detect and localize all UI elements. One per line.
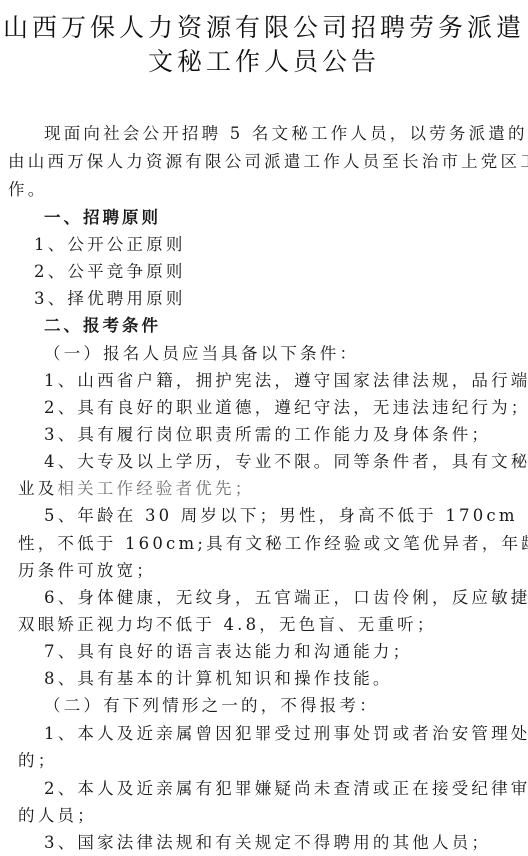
sub2-item-3: 3、国家法律法规和有关规定不得聘用的其他人员； xyxy=(44,829,491,853)
section1-item-1: 1、公开公正原则 xyxy=(34,231,186,255)
sub1-item-8: 8、具有基本的计算机知识和操作技能。 xyxy=(44,665,393,689)
sub1-item-3: 3、具有履行岗位职责所需的工作能力及身体条件； xyxy=(44,421,491,445)
sub1-item-6-line-2: 双眼矫正视力均不低于 4.8，无色盲、无重听； xyxy=(18,611,437,635)
sub1-item-6-line-1: 6、身体健康，无纹身，五官端正，口齿伶俐，反应敏捷， xyxy=(44,584,528,608)
intro-line-3: 作。 xyxy=(8,176,47,200)
sub1-item-4-line-1: 4、大专及以上学历，专业不限。同等条件者，具有文秘专 xyxy=(44,448,528,472)
intro-line-2: 由山西万保人力资源有限公司派遣工作人员至长治市上党区工 xyxy=(8,148,528,172)
sub2-heading: （二）有下列情形之一的，不得报考： xyxy=(44,692,379,716)
sub1-item-5-line-2: 性，不低于 160cm;具有文秘工作经验或文笔优异者，年龄和学 xyxy=(18,530,528,554)
sub1-item-5-line-1: 5、年龄在 30 周岁以下；男性，身高不低于 170cm 以上；女 xyxy=(44,502,528,526)
sub1-item-5-line-3: 历条件可放宽； xyxy=(18,557,156,581)
sub1-heading: （一）报名人员应当具备以下条件： xyxy=(44,340,359,364)
sub2-item-1-line-1: 1、本人及近亲属曾因犯罪受过刑事处罚或者治安管理处罚 xyxy=(44,720,528,744)
sub1-item-4-line-2-muted: 相关工作经验者优先； xyxy=(57,479,254,498)
section1-heading: 一、招聘原则 xyxy=(44,204,161,228)
intro-line-1: 现面向社会公开招聘 5 名文秘工作人员，以劳务派遣的形式 xyxy=(44,120,528,144)
sub2-item-1-line-2: 的； xyxy=(18,747,57,771)
section1-item-2: 2、公平竞争原则 xyxy=(34,258,186,282)
sub1-item-2: 2、具有良好的职业道德，遵纪守法，无违法违纪行为； xyxy=(44,394,528,418)
title-line-2: 文秘工作人员公告 xyxy=(0,42,528,78)
sub1-item-7: 7、具有良好的语言表达能力和沟通能力； xyxy=(44,638,412,662)
section2-heading: 二、报考条件 xyxy=(44,312,161,336)
sub1-item-4-line-2: 业及相关工作经验者优先； xyxy=(18,475,254,499)
section1-item-3: 3、择优聘用原则 xyxy=(34,285,186,309)
sub1-item-4-line-2-prefix: 业及 xyxy=(18,479,57,498)
title-line-1: 山西万保人力资源有限公司招聘劳务派遣 xyxy=(0,8,528,44)
sub2-item-2-line-1: 2、本人及近亲属有犯罪嫌疑尚未查清或正在接受纪律审查 xyxy=(44,775,528,799)
sub2-item-2-line-2: 的人员； xyxy=(18,802,97,826)
sub1-item-1: 1、山西省户籍，拥护宪法，遵守国家法律法规，品行端正； xyxy=(44,367,528,391)
